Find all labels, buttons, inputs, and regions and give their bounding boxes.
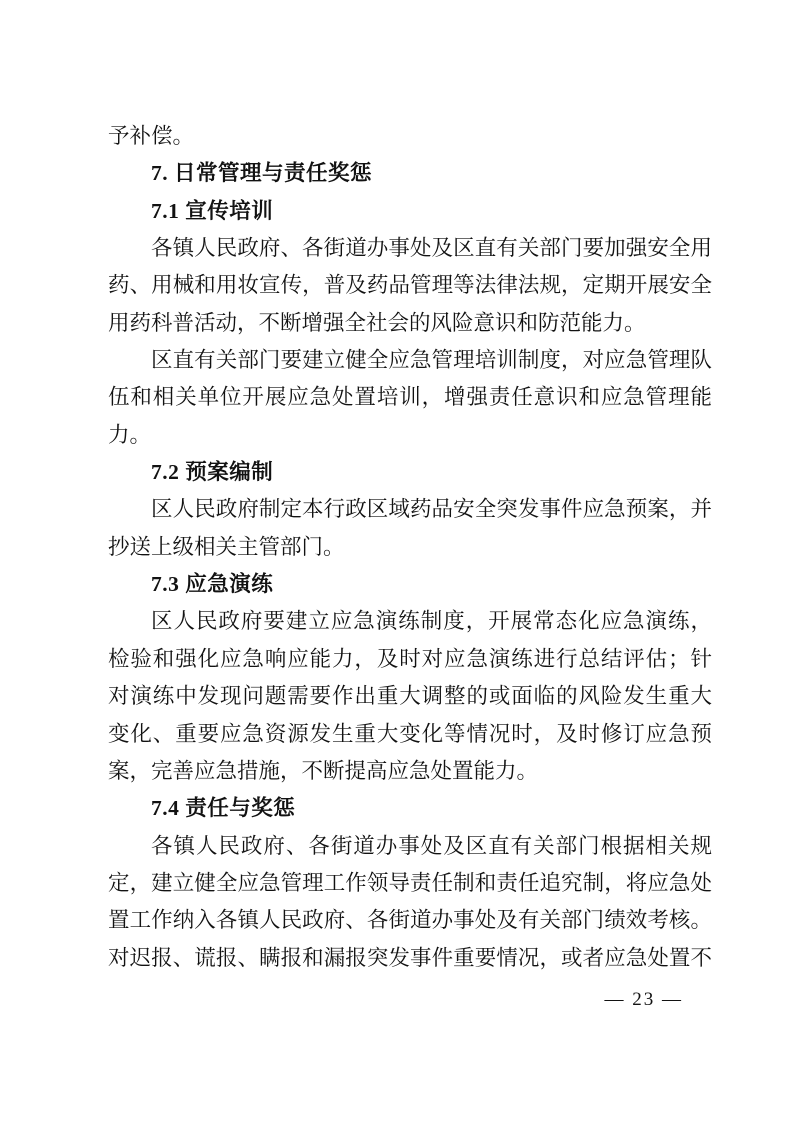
paragraph-line: 区人民政府制定本行政区域药品安全突发事件应急预案，并 [108, 491, 712, 528]
subsection-heading-7-1: 7.1 宣传培训 [108, 193, 712, 230]
paragraph-line: 对迟报、谎报、瞒报和漏报突发事件重要情况，或者应急处置不 [108, 940, 712, 977]
paragraph-line: 定，建立健全应急管理工作领导责任制和责任追究制，将应急处 [108, 865, 712, 902]
paragraph-line: 案，完善应急措施，不断提高应急处置能力。 [108, 753, 712, 790]
paragraph-line: 药、用械和用妆宣传，普及药品管理等法律法规，定期开展安全 [108, 267, 712, 304]
paragraph-line: 区人民政府要建立应急演练制度，开展常态化应急演练， [108, 603, 712, 640]
subsection-heading-7-4: 7.4 责任与奖惩 [108, 790, 712, 827]
document-page: 予补偿。 7. 日常管理与责任奖惩 7.1 宣传培训 各镇人民政府、各街道办事处… [0, 0, 793, 1122]
paragraph-line: 用药科普活动，不断增强全社会的风险意识和防范能力。 [108, 305, 712, 342]
paragraph-line: 变化、重要应急资源发生重大变化等情况时，及时修订应急预 [108, 716, 712, 753]
subsection-heading-7-3: 7.3 应急演练 [108, 566, 712, 603]
paragraph-line: 区直有关部门要建立健全应急管理培训制度，对应急管理队 [108, 342, 712, 379]
paragraph-line: 置工作纳入各镇人民政府、各街道办事处及有关部门绩效考核。 [108, 902, 712, 939]
paragraph-line: 抄送上级相关主管部门。 [108, 529, 712, 566]
document-body: 予补偿。 7. 日常管理与责任奖惩 7.1 宣传培训 各镇人民政府、各街道办事处… [108, 118, 712, 977]
paragraph-line: 予补偿。 [108, 118, 712, 155]
paragraph-line: 各镇人民政府、各街道办事处及区直有关部门要加强安全用 [108, 230, 712, 267]
page-number: — 23 — [605, 988, 684, 1012]
paragraph-line: 伍和相关单位开展应急处置培训，增强责任意识和应急管理能 [108, 379, 712, 416]
subsection-heading-7-2: 7.2 预案编制 [108, 454, 712, 491]
paragraph-line: 力。 [108, 417, 712, 454]
paragraph-line: 各镇人民政府、各街道办事处及区直有关部门根据相关规 [108, 828, 712, 865]
paragraph-line: 对演练中发现问题需要作出重大调整的或面临的风险发生重大 [108, 678, 712, 715]
paragraph-line: 检验和强化应急响应能力，及时对应急演练进行总结评估；针 [108, 641, 712, 678]
section-heading-7: 7. 日常管理与责任奖惩 [108, 155, 712, 192]
